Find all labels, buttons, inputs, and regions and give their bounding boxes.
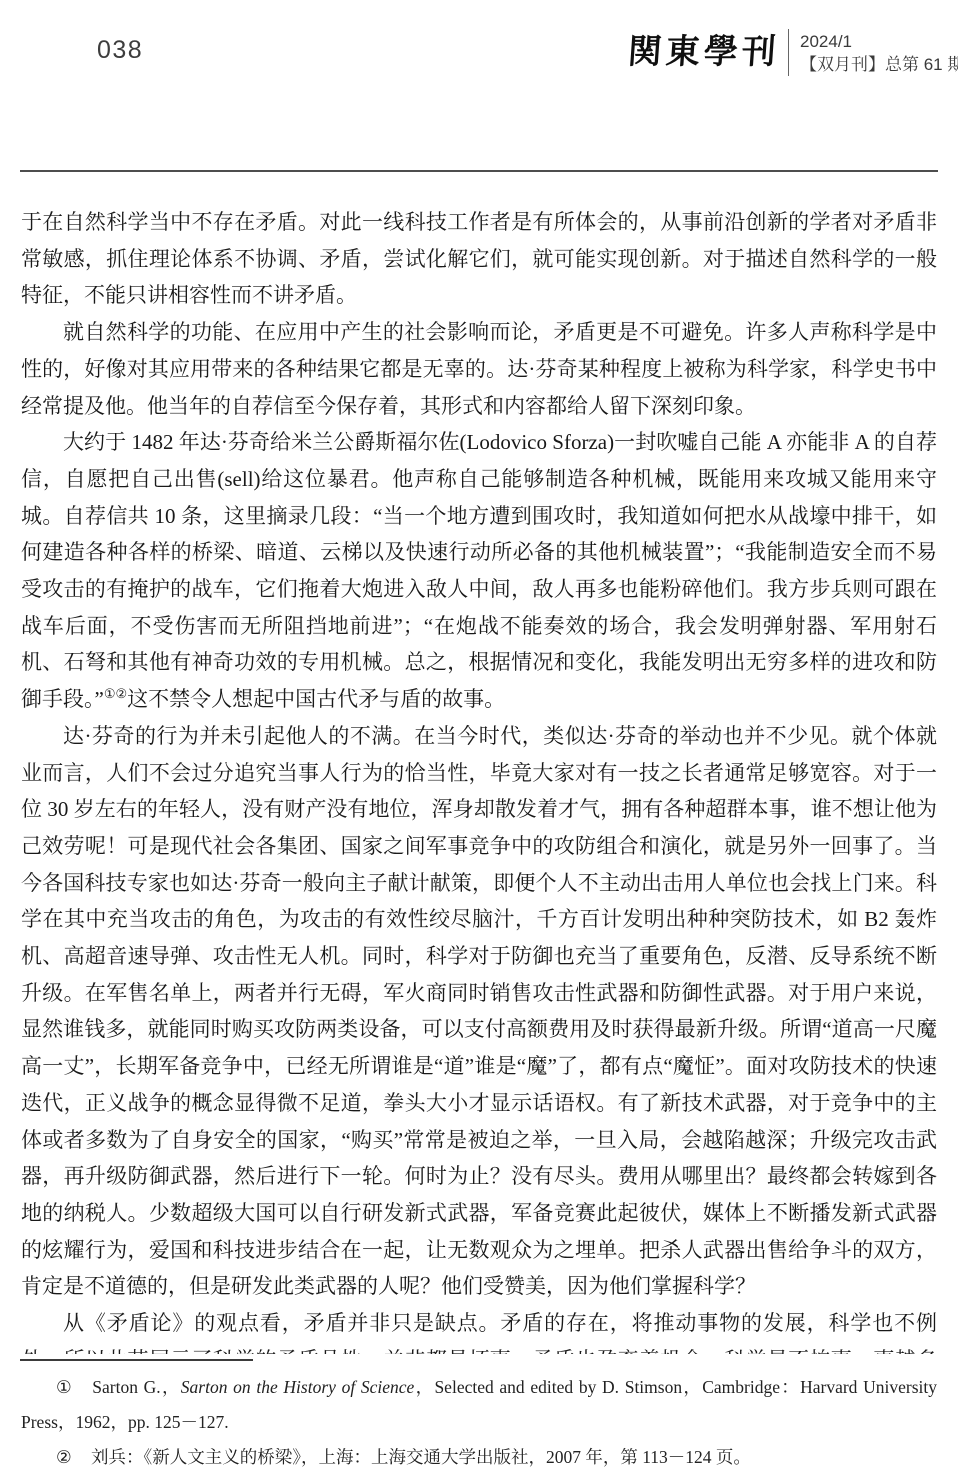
footnote-marker: ①	[56, 1377, 73, 1397]
issue-number: 【双月刊】总第 61 期	[800, 53, 958, 76]
paragraph: 从《矛盾论》的观点看，矛盾并非只是缺点。矛盾的存在，将推动事物的发展，科学也不例…	[21, 1305, 937, 1354]
footnote-list: ①Sarton G.，Sarton on the History of Scie…	[21, 1370, 937, 1475]
paragraph: 达·芬奇的行为并未引起他人的不满。在当今时代，类似达·芬奇的举动也并不少见。就个…	[21, 718, 937, 1305]
footnote-text: Sarton G.，	[92, 1377, 181, 1397]
paragraph: 就自然科学的功能、在应用中产生的社会影响而论，矛盾更是不可避免。许多人声称科学是…	[21, 314, 937, 424]
journal-logo: 関東學刊	[626, 24, 784, 73]
paragraph-text: 大约于 1482 年达·芬奇给米兰公爵斯福尔佐(Lodovico Sforza)…	[21, 430, 937, 711]
footnote-ref: ①②	[104, 686, 127, 701]
paragraph-text: 这不禁令人想起中国古代矛与盾的故事。	[127, 687, 505, 711]
header-rule	[20, 170, 938, 172]
footnote-marker: ②	[56, 1447, 72, 1467]
journal-page: 038 関東學刊 2024/1 【双月刊】总第 61 期 于在自然科学当中不存在…	[0, 0, 958, 1476]
issue-info: 2024/1 【双月刊】总第 61 期	[800, 30, 958, 76]
header-divider	[788, 29, 789, 76]
footnote-separator	[20, 1359, 253, 1361]
footnote-text: 刘兵：《新人文主义的桥梁》，上海：上海交通大学出版社，2007 年，第 113－…	[91, 1447, 751, 1467]
page-number: 038	[97, 36, 143, 65]
footnote-item: ①Sarton G.，Sarton on the History of Scie…	[21, 1370, 937, 1440]
paragraph: 大约于 1482 年达·芬奇给米兰公爵斯福尔佐(Lodovico Sforza)…	[21, 424, 937, 718]
article-body: 于在自然科学当中不存在矛盾。对此一线科技工作者是有所体会的，从事前沿创新的学者对…	[21, 204, 937, 1354]
issue-year: 2024/1	[800, 30, 958, 53]
footnote-book-title: Sarton on the History of Science	[181, 1377, 415, 1397]
paragraph-continuation: 于在自然科学当中不存在矛盾。对此一线科技工作者是有所体会的，从事前沿创新的学者对…	[21, 204, 937, 314]
footnote-item: ②刘兵：《新人文主义的桥梁》，上海：上海交通大学出版社，2007 年，第 113…	[21, 1440, 937, 1475]
